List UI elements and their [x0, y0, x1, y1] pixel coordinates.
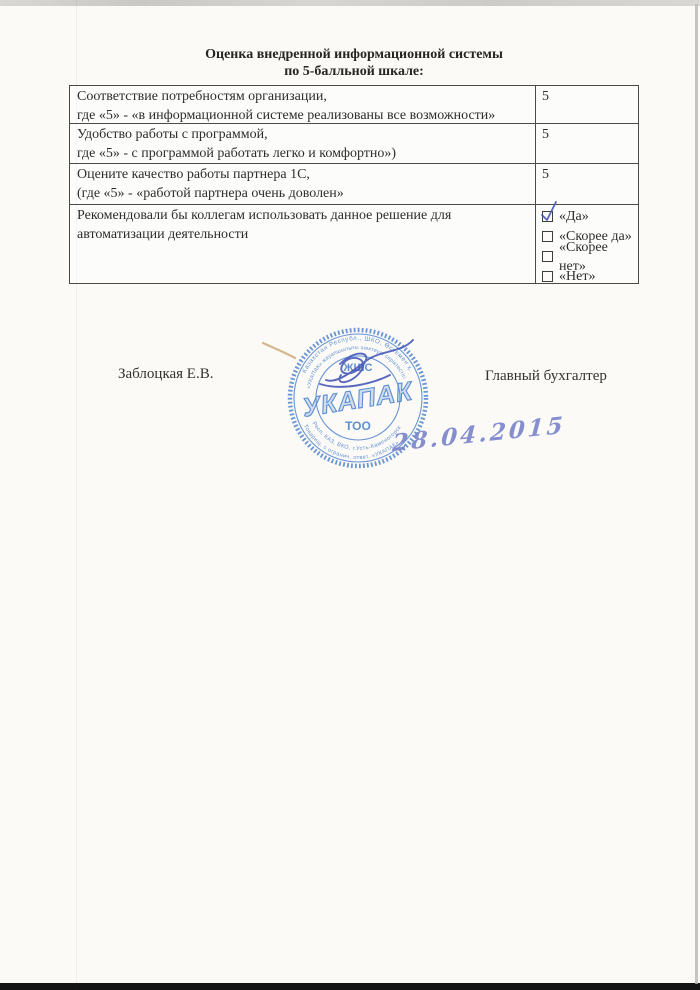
question-line: Рекомендовали бы коллегам использовать д…: [77, 206, 527, 225]
question-line: автоматизации деятельности: [77, 225, 527, 244]
checkbox-net[interactable]: [542, 271, 553, 282]
checkbox-skoree-net[interactable]: [542, 251, 553, 262]
question-line: Соответствие потребностям организации,: [77, 87, 527, 106]
checkbox-da[interactable]: [542, 211, 553, 222]
option-label: «Да»: [559, 207, 589, 226]
checkbox-skoree-da[interactable]: [542, 231, 553, 242]
company-stamp: Казахстан Республ., ШКО, Өскемен қ. «УКА…: [250, 318, 450, 480]
evaluation-table: Соответствие потребностям организации, г…: [69, 85, 639, 284]
question-cell: Удобство работы с программой, где «5» - …: [70, 124, 536, 163]
answer-options-cell: «Да» «Скорее да» «Скорее нет» «Нет»: [536, 205, 638, 283]
option-label: «Нет»: [559, 267, 595, 286]
option-da: «Да»: [542, 207, 632, 226]
table-row: Оцените качество работы партнера 1С, (гд…: [70, 164, 638, 205]
question-cell: Рекомендовали бы коллегам использовать д…: [70, 205, 536, 283]
signer-position: Главный бухгалтер: [485, 368, 607, 385]
question-line: (где «5» - «работой партнера очень довол…: [77, 184, 527, 203]
table-row: Удобство работы с программой, где «5» - …: [70, 124, 638, 164]
pencil-mark: [263, 343, 295, 358]
scan-edge-bottom: [0, 983, 700, 990]
scan-edge-right: [695, 4, 698, 984]
question-line: где «5» - «в информационной системе реал…: [77, 106, 527, 125]
page-title: Оценка внедренной информационной системы…: [69, 46, 639, 80]
score-cell: 5: [536, 86, 638, 123]
table-row: Соответствие потребностям организации, г…: [70, 86, 638, 124]
question-line: Оцените качество работы партнера 1С,: [77, 165, 527, 184]
table-row: Рекомендовали бы коллегам использовать д…: [70, 205, 638, 283]
page-title-line2: по 5-балльной шкале:: [69, 63, 639, 80]
stamp-too: ТОО: [345, 419, 371, 433]
question-line: где «5» - с программой работать легко и …: [77, 144, 527, 163]
page-title-line1: Оценка внедренной информационной системы: [69, 46, 639, 63]
option-net: «Нет»: [542, 267, 632, 286]
question-cell: Соответствие потребностям организации, г…: [70, 86, 536, 123]
score-cell: 5: [536, 164, 638, 204]
score-cell: 5: [536, 124, 638, 163]
stamp-org-name: УКАПАК: [300, 375, 416, 422]
question-cell: Оцените качество работы партнера 1С, (гд…: [70, 164, 536, 204]
option-skoree-net: «Скорее нет»: [542, 247, 632, 266]
scan-edge-top: [0, 0, 700, 6]
question-line: Удобство работы с программой,: [77, 125, 527, 144]
signer-name: Заблоцкая Е.В.: [118, 366, 213, 383]
